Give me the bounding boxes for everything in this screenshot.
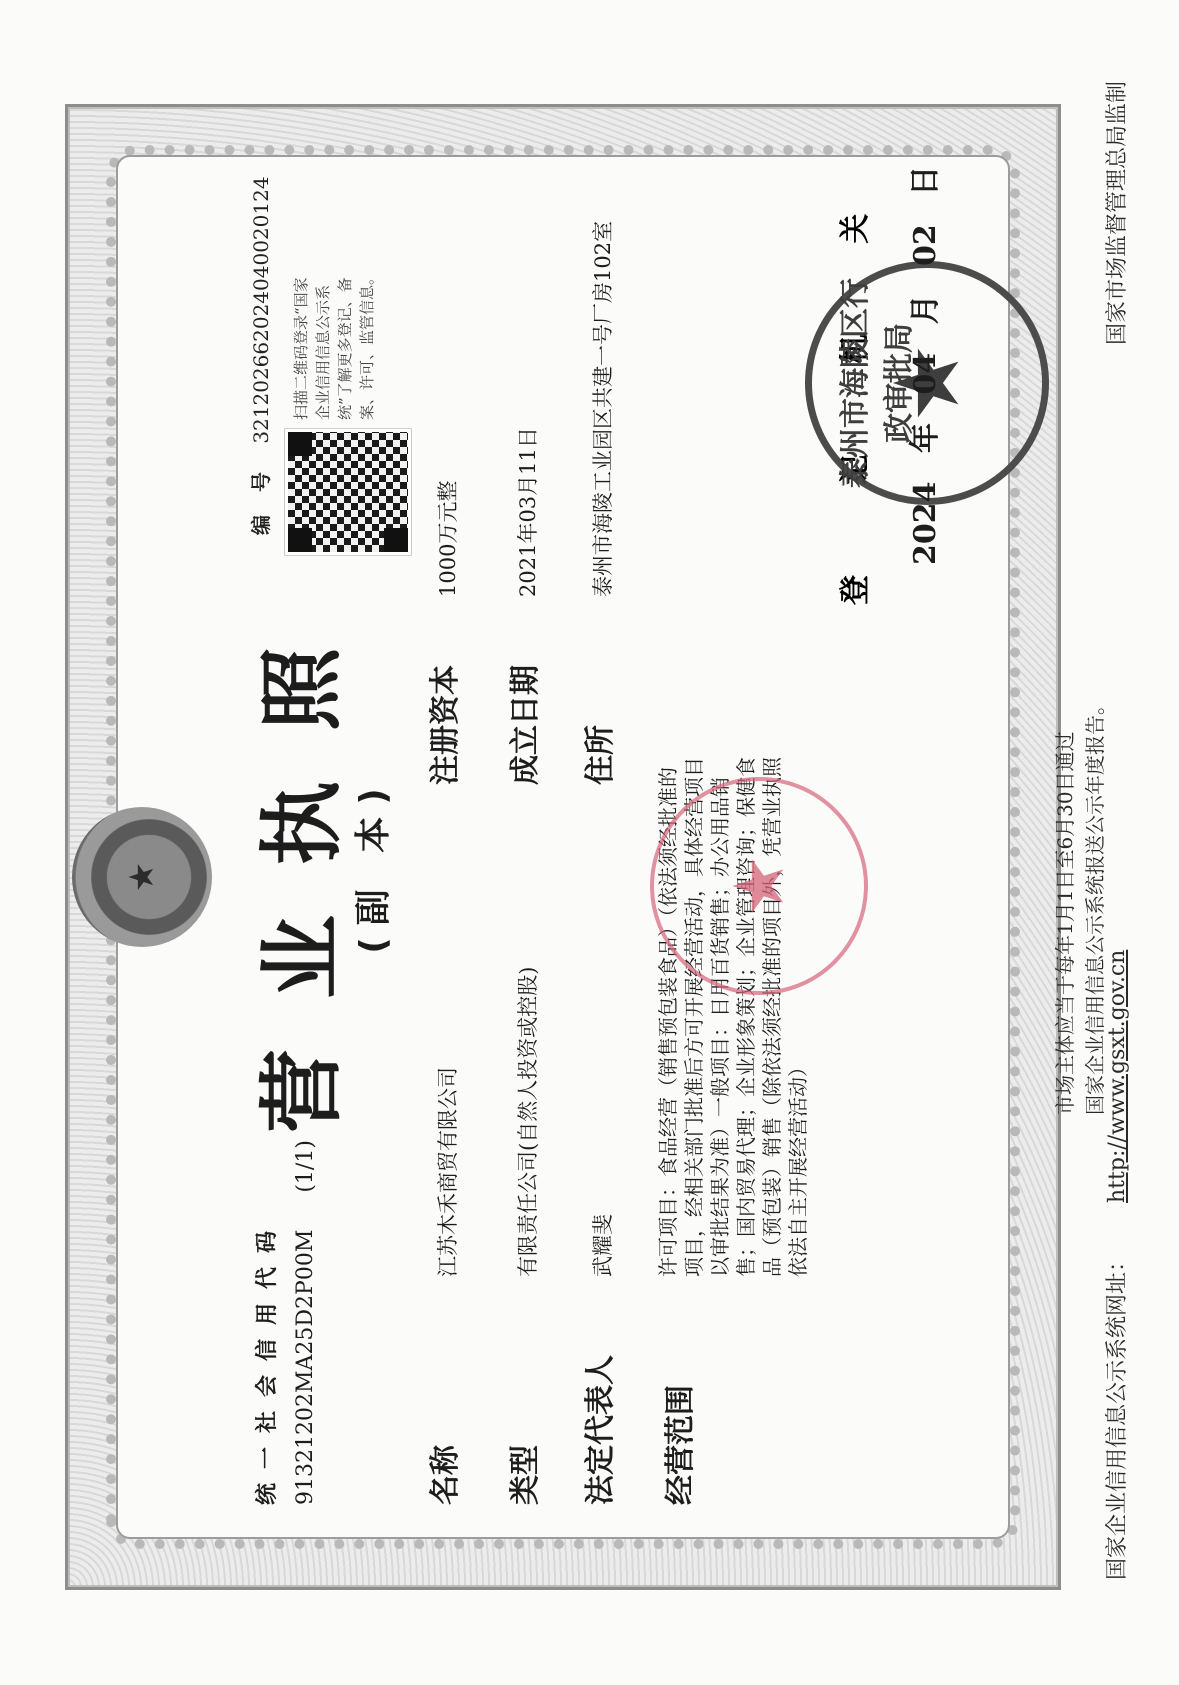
annual-report-line-2: 国家企业信用信息公示系统报送公示年度报告。: [1080, 695, 1110, 1115]
serial-label: 编 号: [249, 464, 273, 535]
license-title: 营业执照: [235, 585, 356, 1145]
business-license: ★ 营业执照 (副 本) 编 号 321202662024040020124 扫…: [0, 0, 1179, 1685]
credit-code: 统一社会信用代码 91321202MA25D2P00M (1/1): [250, 1140, 318, 1505]
company-seal: ★: [650, 777, 868, 995]
website-label: 国家企业信用信息公示系统网址：: [1105, 1250, 1130, 1580]
credit-code-page: (1/1): [293, 1140, 318, 1193]
qr-note: 扫描二维码登录“国家企业信用信息公示系统”了解更多登记、备案、许可、监管信息。: [290, 270, 378, 420]
field-established: 成立日期 2021年03月11日: [500, 427, 544, 785]
national-emblem-icon: ★: [72, 807, 212, 947]
field-scope-label: 经营范围: [655, 1305, 699, 1505]
field-name: 名称 江苏木禾商贸有限公司: [420, 1067, 464, 1505]
field-type-label: 类型: [500, 1305, 544, 1505]
annual-report-line-1: 市场主体应当于每年1月1日至6月30日通过: [1050, 695, 1080, 1115]
qr-code[interactable]: [285, 429, 411, 555]
credit-code-label: 统一社会信用代码: [255, 1217, 280, 1505]
field-address-value: 泰州市海陵工业园区共建一号厂房102室: [587, 221, 617, 597]
credit-code-value: 91321202MA25D2P00M: [293, 1230, 318, 1505]
serial-number: 编 号 321202662024040020124: [245, 176, 274, 535]
star-icon: ★: [718, 855, 800, 918]
supervisor-note: 国家市场监督管理总局监制: [1100, 81, 1131, 345]
field-legal-rep-value: 武耀斐: [587, 1214, 617, 1277]
field-legal-rep-label: 法定代表人: [575, 1305, 619, 1505]
field-type: 类型 有限责任公司(自然人投资或控股): [500, 967, 544, 1505]
field-legal-rep: 法定代表人 武耀斐: [575, 1214, 619, 1505]
annual-report-note: 市场主体应当于每年1月1日至6月30日通过 国家企业信用信息公示系统报送公示年度…: [1050, 695, 1110, 1115]
field-capital-value: 1000万元整: [432, 481, 462, 597]
issue-date: 2024 年 04 月 02 日: [900, 166, 944, 565]
field-registered-capital: 注册资本 1000万元整: [420, 481, 464, 785]
field-name-label: 名称: [420, 1305, 464, 1505]
field-address: 住所 泰州市海陵工业园区共建一号厂房102室: [575, 221, 619, 785]
field-established-value: 2021年03月11日: [512, 427, 542, 597]
field-established-label: 成立日期: [500, 625, 544, 785]
serial-value: 321202662024040020124: [249, 176, 273, 443]
field-capital-label: 注册资本: [420, 625, 464, 785]
field-name-value: 江苏木禾商贸有限公司: [432, 1067, 462, 1277]
field-type-value: 有限责任公司(自然人投资或控股): [512, 967, 542, 1277]
license-subtitle: (副 本): [345, 745, 396, 985]
field-address-label: 住所: [575, 625, 619, 785]
